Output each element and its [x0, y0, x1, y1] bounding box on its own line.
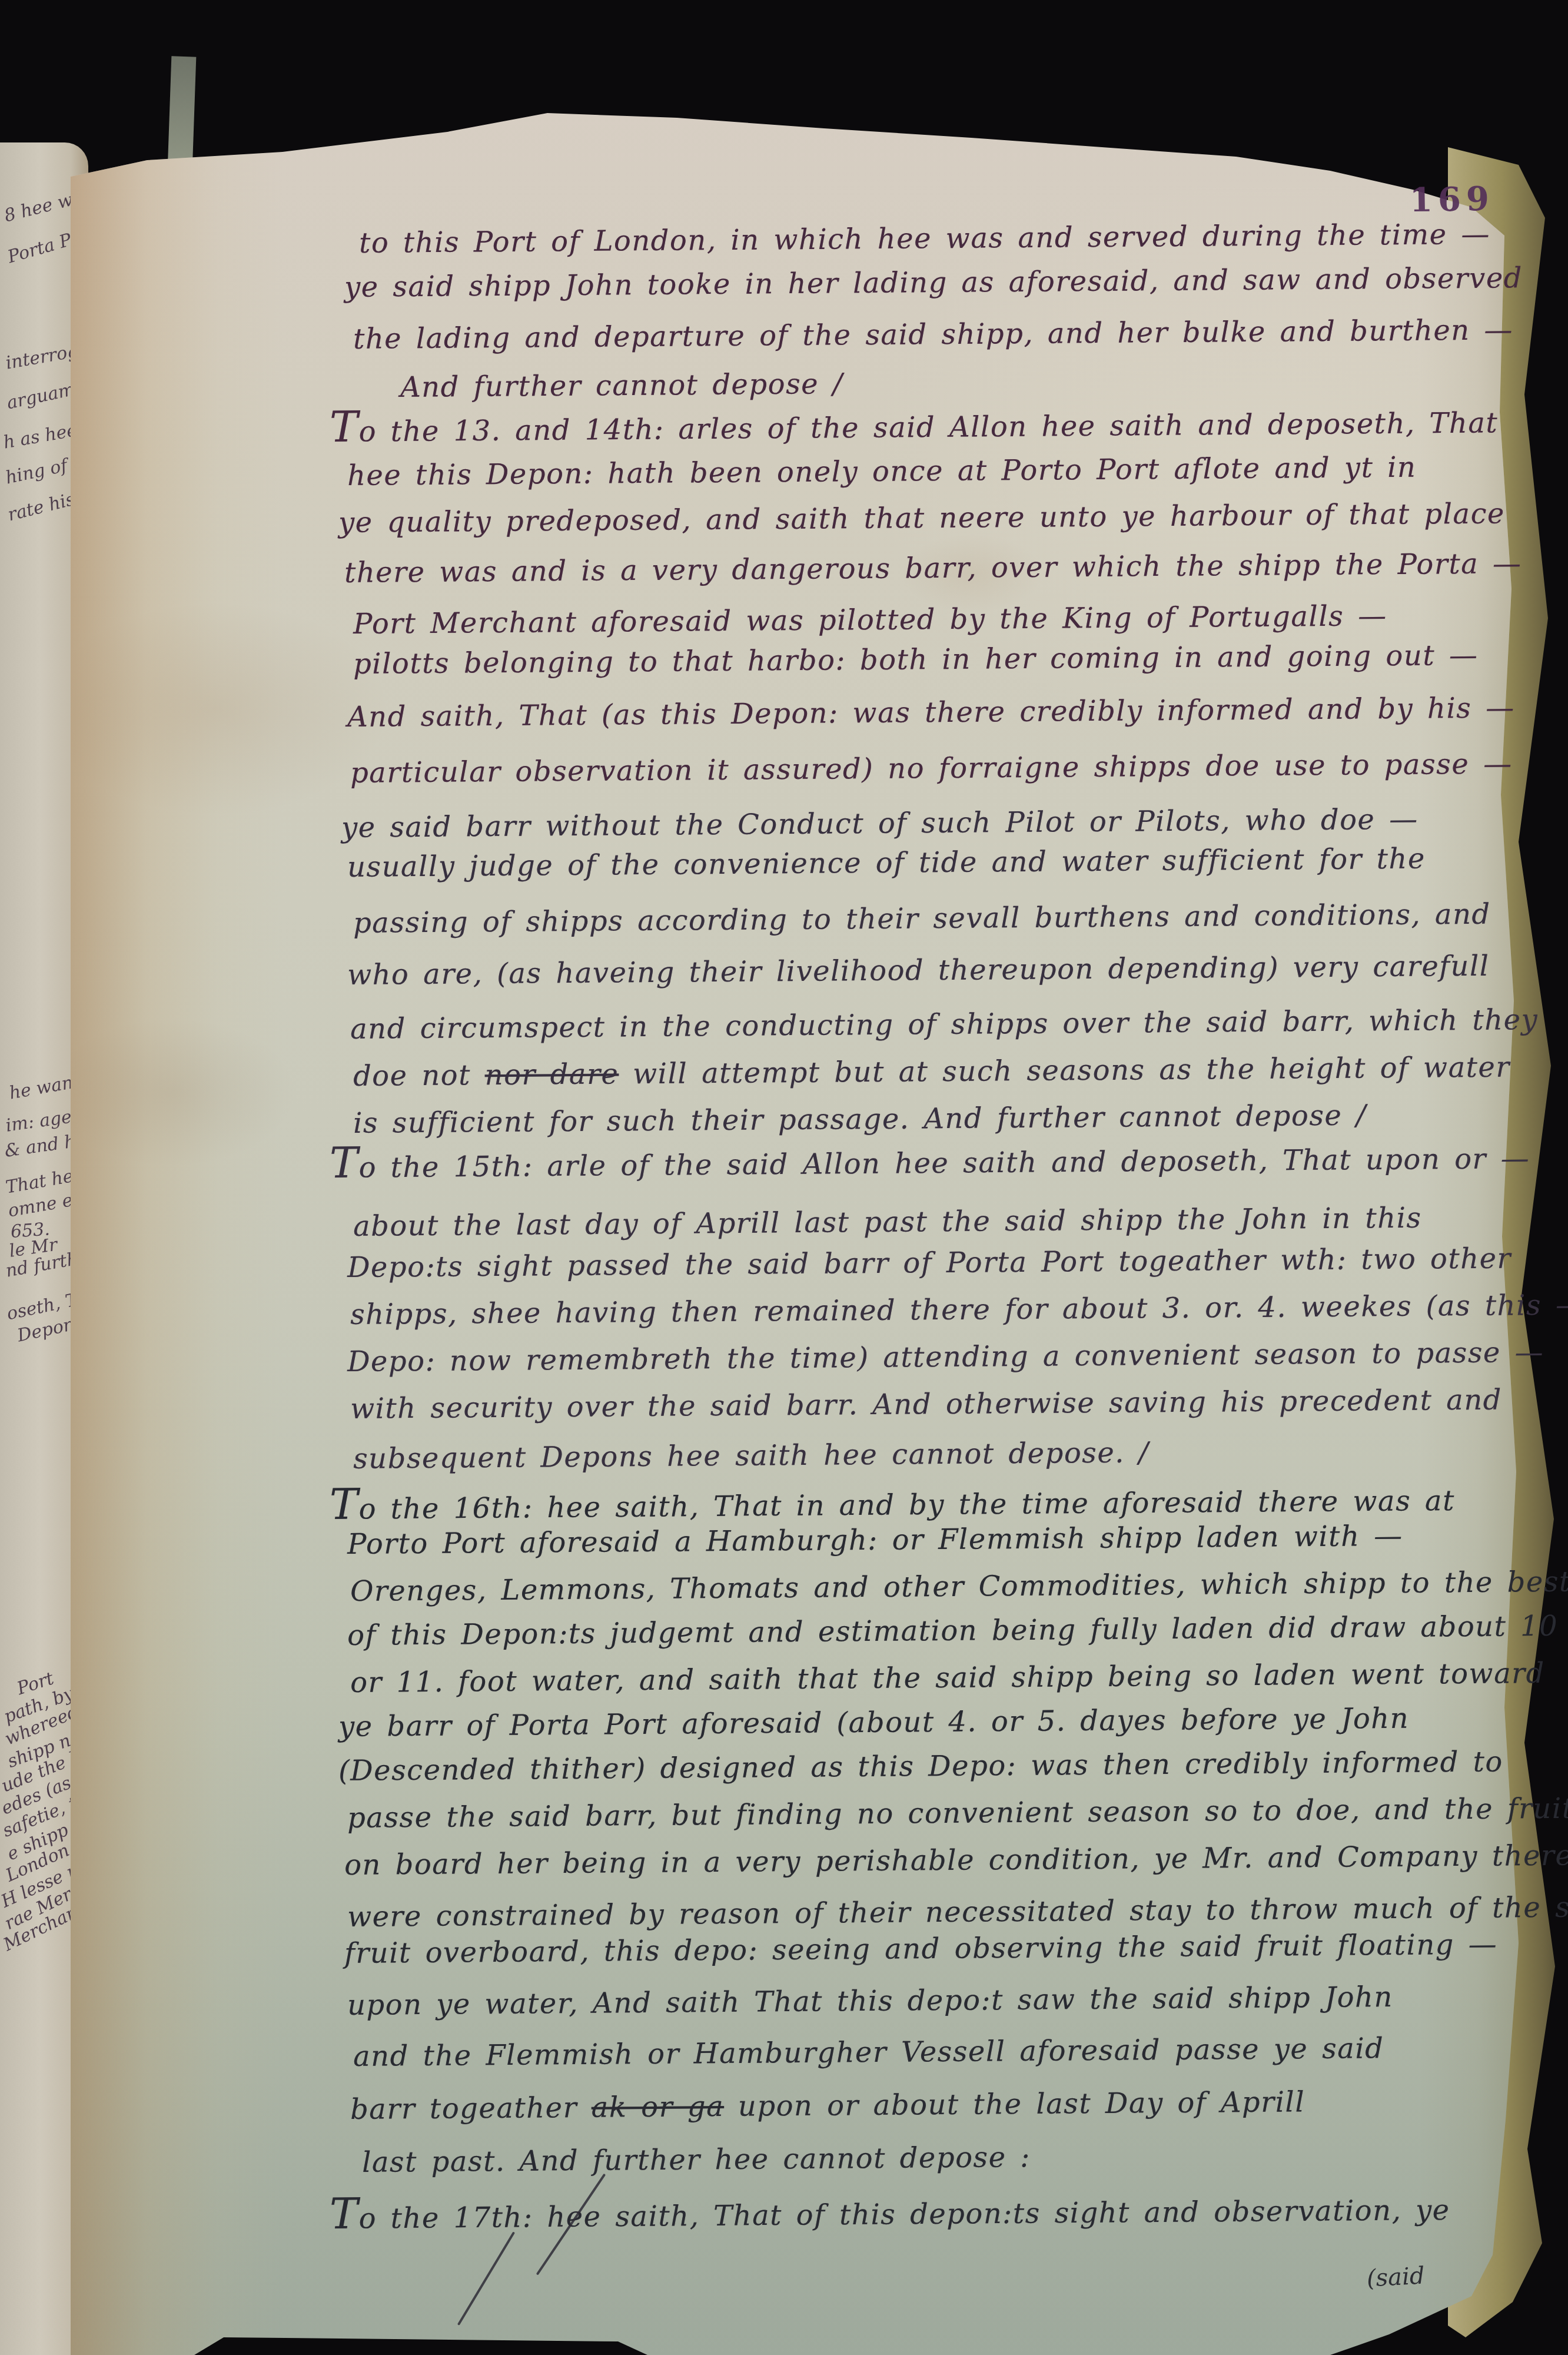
manuscript-photo: 8 hee whPorta Pointerrogatarguamth as he…	[0, 0, 1568, 2355]
margin-fragment: h as hee	[2, 420, 79, 453]
page-number-stamp: 169	[1409, 180, 1494, 220]
manuscript-page	[71, 100, 1524, 2355]
margin-fragment: he wan	[8, 1072, 75, 1103]
catchword: (said	[1366, 2262, 1426, 2292]
margin-fragment: rate his	[6, 489, 77, 525]
margin-fragment: hing of	[4, 455, 69, 488]
